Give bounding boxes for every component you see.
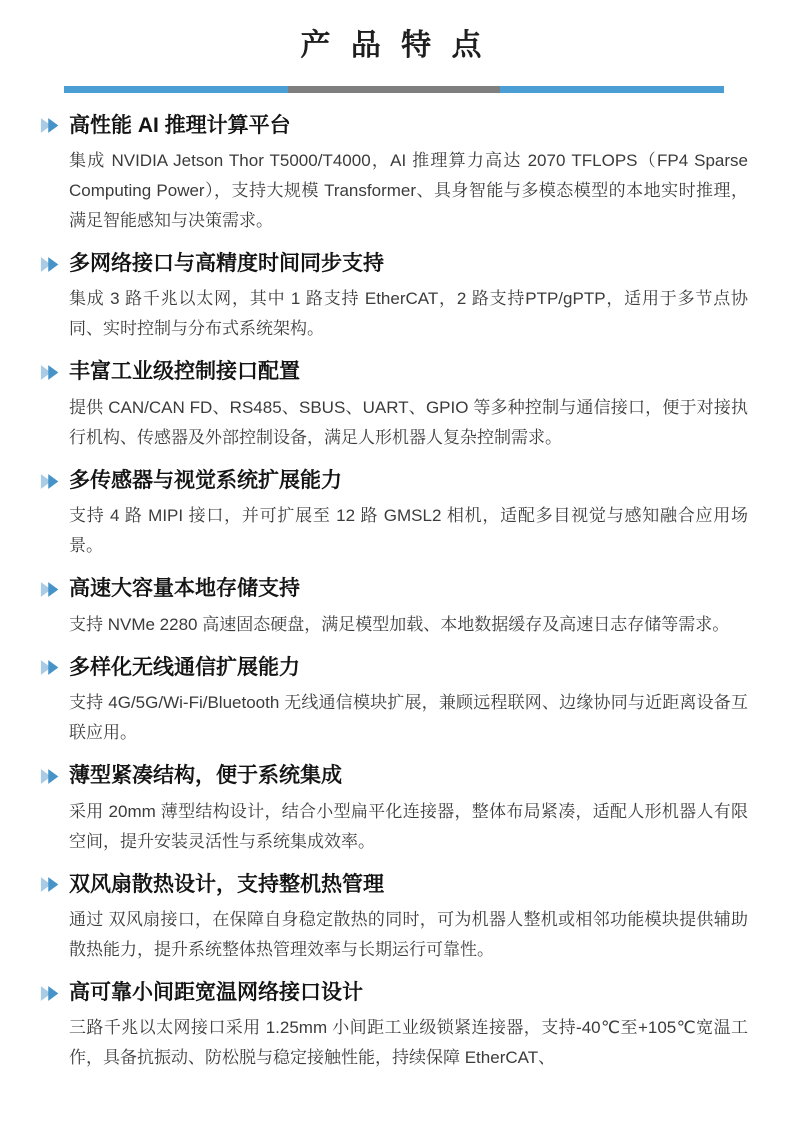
feature-heading: 多网络接口与高精度时间同步支持	[69, 249, 384, 279]
feature-header: 多传感器与视觉系统扩展能力	[40, 466, 748, 496]
feature-heading: 薄型紧凑结构，便于系统集成	[69, 761, 342, 791]
feature-header: 高速大容量本地存储支持	[40, 574, 748, 604]
feature-section: 丰富工业级控制接口配置 提供 CAN/CAN FD、RS485、SBUS、UAR…	[40, 357, 748, 452]
feature-body: 提供 CAN/CAN FD、RS485、SBUS、UART、GPIO 等多种控制…	[69, 393, 748, 453]
feature-header: 多网络接口与高精度时间同步支持	[40, 249, 748, 279]
feature-heading: 高性能 AI 推理计算平台	[69, 111, 291, 141]
feature-section: 双风扇散热设计，支持整机热管理 通过 双风扇接口，在保障自身稳定散热的同时，可为…	[40, 870, 748, 965]
feature-heading: 高可靠小间距宽温网络接口设计	[69, 978, 363, 1008]
feature-body: 支持 NVMe 2280 高速固态硬盘，满足模型加载、本地数据缓存及高速日志存储…	[69, 610, 748, 640]
feature-list: 高性能 AI 推理计算平台 集成 NVIDIA Jetson Thor T500…	[40, 111, 748, 1074]
feature-body: 集成 NVIDIA Jetson Thor T5000/T4000，AI 推理算…	[69, 146, 748, 236]
feature-header: 薄型紧凑结构，便于系统集成	[40, 761, 748, 791]
divider-segment-gray	[288, 86, 499, 93]
double-arrow-right-icon	[40, 473, 62, 489]
page-title: 产 品 特 点	[40, 26, 748, 67]
feature-heading: 丰富工业级控制接口配置	[69, 357, 300, 387]
feature-header: 丰富工业级控制接口配置	[40, 357, 748, 387]
feature-body: 采用 20mm 薄型结构设计，结合小型扁平化连接器，整体布局紧凑，适配人形机器人…	[69, 797, 748, 857]
double-arrow-right-icon	[40, 877, 62, 893]
feature-body: 集成 3 路千兆以太网，其中 1 路支持 EtherCAT，2 路支持PTP/g…	[69, 284, 748, 344]
divider-segment-blue-left	[64, 86, 288, 93]
feature-section: 高性能 AI 推理计算平台 集成 NVIDIA Jetson Thor T500…	[40, 111, 748, 236]
feature-body: 支持 4G/5G/Wi-Fi/Bluetooth 无线通信模块扩展，兼顾远程联网…	[69, 688, 748, 748]
double-arrow-right-icon	[40, 581, 62, 597]
feature-header: 双风扇散热设计，支持整机热管理	[40, 870, 748, 900]
feature-body: 通过 双风扇接口，在保障自身稳定散热的同时，可为机器人整机或相邻功能模块提供辅助…	[69, 905, 748, 965]
feature-section: 薄型紧凑结构，便于系统集成 采用 20mm 薄型结构设计，结合小型扁平化连接器，…	[40, 761, 748, 856]
feature-section: 高可靠小间距宽温网络接口设计 三路千兆以太网接口采用 1.25mm 小间距工业级…	[40, 978, 748, 1073]
double-arrow-right-icon	[40, 256, 62, 272]
feature-section: 多样化无线通信扩展能力 支持 4G/5G/Wi-Fi/Bluetooth 无线通…	[40, 653, 748, 748]
feature-header: 高可靠小间距宽温网络接口设计	[40, 978, 748, 1008]
title-divider	[64, 86, 724, 93]
feature-heading: 高速大容量本地存储支持	[69, 574, 300, 604]
feature-section: 高速大容量本地存储支持 支持 NVMe 2280 高速固态硬盘，满足模型加载、本…	[40, 574, 748, 639]
feature-section: 多传感器与视觉系统扩展能力 支持 4 路 MIPI 接口，并可扩展至 12 路 …	[40, 466, 748, 561]
feature-header: 高性能 AI 推理计算平台	[40, 111, 748, 141]
feature-heading: 多传感器与视觉系统扩展能力	[69, 466, 342, 496]
feature-heading: 多样化无线通信扩展能力	[69, 653, 300, 683]
product-features-page: 产 品 特 点 高性能 AI 推理计算平台 集成 NVIDIA Jetson T…	[0, 0, 790, 1145]
double-arrow-right-icon	[40, 365, 62, 381]
feature-header: 多样化无线通信扩展能力	[40, 653, 748, 683]
double-arrow-right-icon	[40, 768, 62, 784]
divider-segment-blue-right	[500, 86, 724, 93]
feature-body: 三路千兆以太网接口采用 1.25mm 小间距工业级锁紧连接器，支持-40℃至+1…	[69, 1013, 748, 1073]
double-arrow-right-icon	[40, 118, 62, 134]
double-arrow-right-icon	[40, 660, 62, 676]
feature-section: 多网络接口与高精度时间同步支持 集成 3 路千兆以太网，其中 1 路支持 Eth…	[40, 249, 748, 344]
feature-heading: 双风扇散热设计，支持整机热管理	[69, 870, 384, 900]
double-arrow-right-icon	[40, 985, 62, 1001]
feature-body: 支持 4 路 MIPI 接口，并可扩展至 12 路 GMSL2 相机，适配多目视…	[69, 501, 748, 561]
